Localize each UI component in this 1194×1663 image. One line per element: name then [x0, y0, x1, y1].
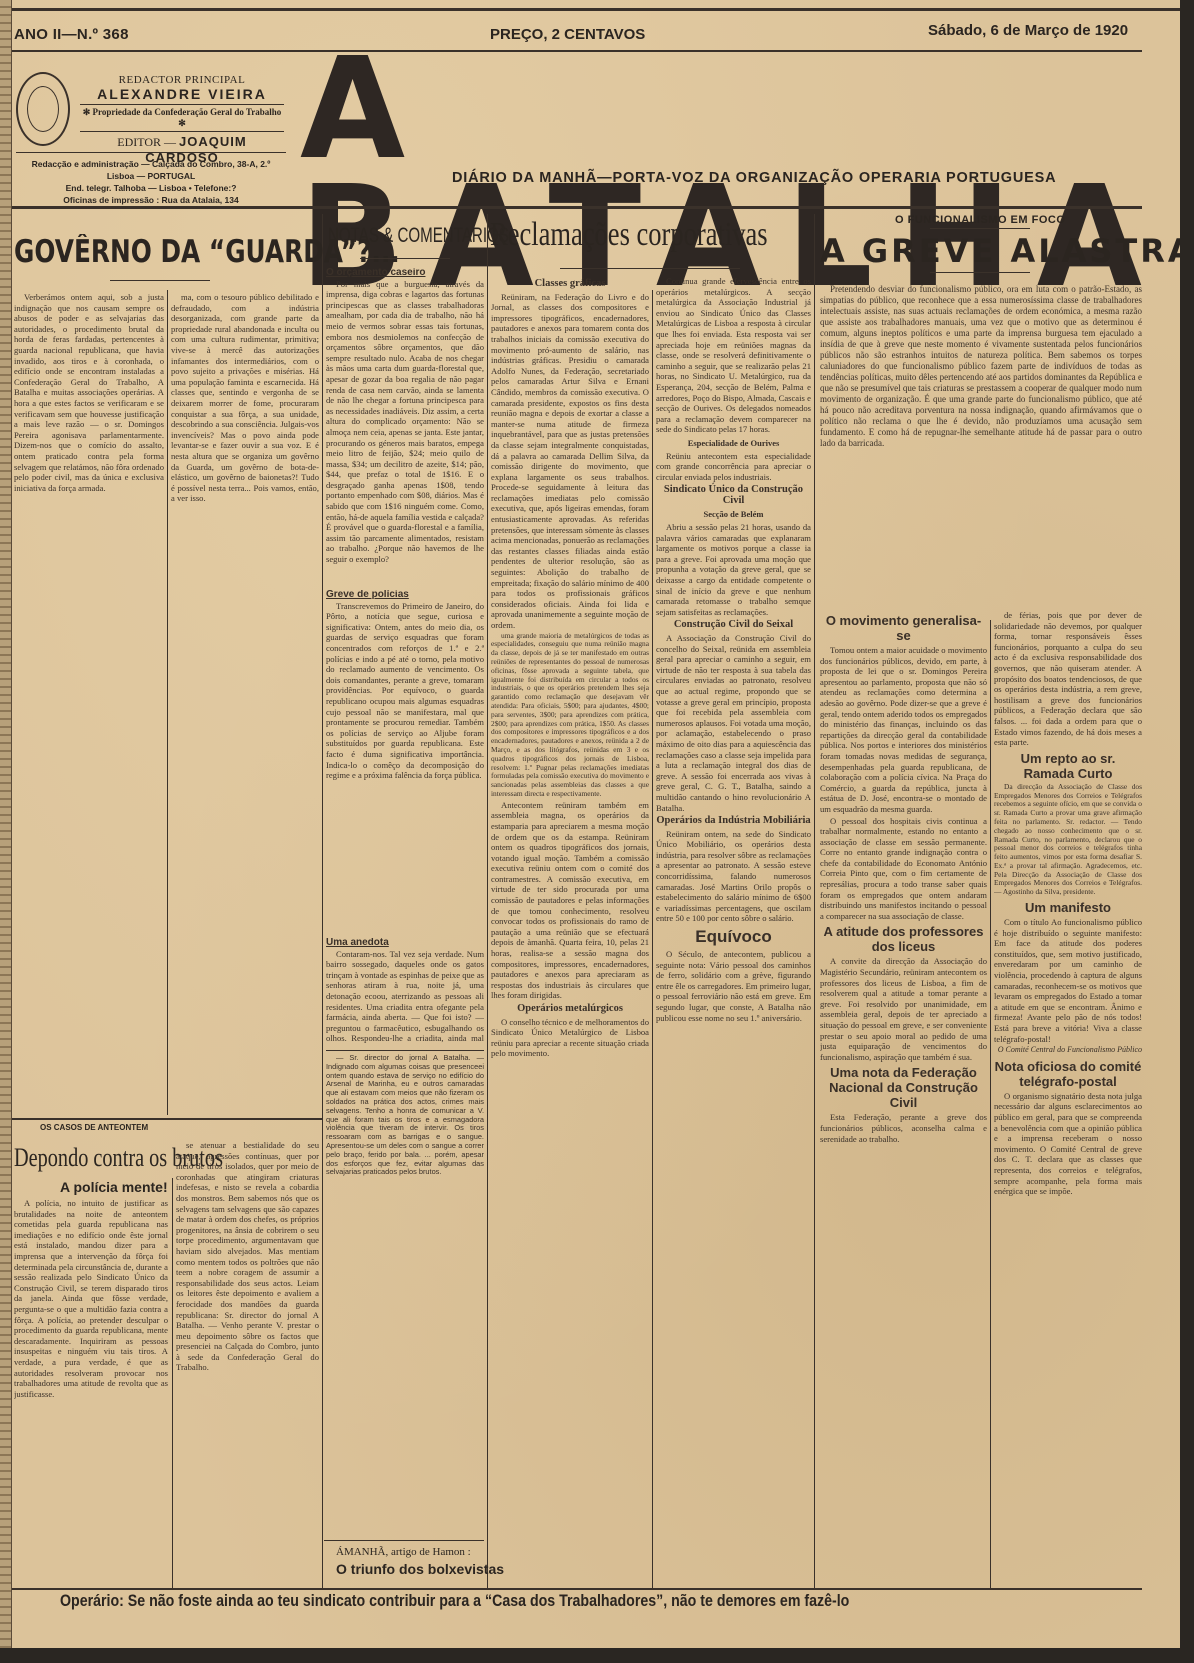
tagline: DIÁRIO DA MANHÃ—PORTA-VOZ DA ORGANIZAÇÃO…	[452, 170, 1056, 186]
reclamacoes-col-2: Continua grande efervescência entre os o…	[656, 276, 811, 1586]
rule	[930, 272, 1030, 273]
subhead-greve-policias: Greve de polícias	[326, 590, 484, 601]
reclamacoes-col-1: Classes gráficas Reüniram, na Federação …	[491, 276, 649, 1586]
brutos-kicker: OS CASOS DE ANTEONTEM	[40, 1123, 148, 1132]
address-line-3: End. telegr. Talhoba — Lisboa • Telefone…	[16, 182, 286, 194]
subhead-professores-liceus: A atitude dos professores dos liceus	[820, 924, 987, 954]
subhead-federacao-construcao: Uma nota da Federação Nacional da Constr…	[820, 1065, 987, 1110]
notas-greve-policias: Greve de polícias Transcrevemos do Prime…	[326, 590, 484, 935]
rule	[110, 280, 210, 281]
subhead-equivoco: Equívoco	[656, 927, 811, 947]
guarda-col-2: ma, com o tesouro público debilitado e d…	[171, 292, 319, 1112]
kicker-funcionalismo: O FUNCIONALISMO EM FOCO	[895, 214, 1065, 226]
greve-col-2: de férias, pois que por dever de solidar…	[994, 610, 1142, 1590]
teaser-label: ÁMANHÃ, artigo de Hamon :	[336, 1546, 471, 1558]
rule	[560, 268, 740, 269]
top-rule	[12, 8, 1180, 11]
redactor-role: REDACTOR PRINCIPAL	[80, 74, 284, 86]
cgt-seal-icon	[16, 72, 70, 146]
greve-col-1: O movimento generalisa-se Tomou ontem a …	[820, 610, 987, 1590]
issue-date: Sábado, 6 de Março de 1920	[928, 22, 1128, 39]
manifesto-signature: O Comité Central do Funcionalismo Públic…	[994, 1045, 1142, 1056]
redactor-name: ALEXANDRE VIEIRA	[80, 86, 284, 105]
subhead-policia-mente: A polícia mente!	[60, 1179, 168, 1195]
address-line-1: Redacção e administração — Calçada do Co…	[16, 158, 286, 170]
property-line: ✻ Propriedade da Confederação Geral do T…	[80, 105, 284, 132]
issue-number: ANO II—N.º 368	[14, 26, 129, 43]
subhead-seccao-belem: Secção de Belém	[656, 509, 811, 520]
footer-banner: Operário: Se não foste ainda ao teu sind…	[60, 1592, 849, 1611]
subhead-mobiliaria: Operários da Indústria Mobiliária	[656, 816, 811, 827]
column-rule	[652, 290, 653, 1590]
address-block: Redacção e administração — Calçada do Co…	[16, 158, 286, 206]
notas-orcamento: O orçamento caseiro Por mais que a burgu…	[326, 268, 484, 586]
staff-rule	[16, 152, 286, 153]
editor-label: EDITOR —	[117, 135, 176, 149]
newspaper-logo: A BATALHA	[300, 46, 1144, 174]
guarda-col-1: Verberámos ontem aqui, sob a justa indig…	[14, 292, 164, 1112]
rule	[360, 258, 450, 259]
subhead-movimento-generalisa: O movimento generalisa-se	[820, 613, 987, 643]
headline-reclamacoes: Reclamações corporativas	[490, 216, 768, 254]
subhead-seixal: Construção Civil do Seixal	[656, 620, 811, 631]
subhead-repto-ramada-curto: Um repto ao sr. Ramada Curto	[994, 751, 1142, 781]
masthead-bottom-rule	[12, 206, 1142, 209]
column-rule	[814, 214, 815, 1589]
greve-lead: Pretendendo desviar do funcionalismo púb…	[820, 284, 1142, 606]
column-rule	[487, 214, 488, 1589]
column-rule	[167, 290, 168, 1115]
brutos-col-2: se atenuar a bestialidade do seu ataque,…	[176, 1140, 319, 1590]
subhead-metalurgicos: Operários metalúrgicos	[491, 1004, 649, 1015]
subhead-orcamento: O orçamento caseiro	[326, 268, 484, 279]
headline-notas: NOTAS & COMENTARIOS	[328, 224, 509, 248]
subhead-construcao-civil: Sindicato Único da Construção Civil	[656, 485, 811, 506]
address-line-2: Lisboa — PORTUGAL	[16, 170, 286, 182]
address-line-4: Oficinas de impressão : Rua da Atalaia, …	[16, 194, 286, 206]
column-rule	[990, 620, 991, 1590]
rule	[326, 1050, 484, 1051]
rule	[930, 228, 1030, 229]
subhead-nota-oficiosa: Nota oficiosa do comité telégrafo-postal	[994, 1059, 1142, 1089]
subhead-ourives: Especialidade de Ourives	[656, 438, 811, 449]
subhead-classes-graficas: Classes gráficas	[491, 279, 649, 290]
column-rule	[322, 214, 323, 1589]
notas-depoimento: — Sr. director do jornal A Batalha. — In…	[326, 1054, 484, 1536]
teaser-title: O triunfo dos bolxevistas	[336, 1561, 504, 1577]
brutos-col-1: A polícia, no intuito de justificar as b…	[14, 1198, 168, 1590]
rule	[12, 1118, 322, 1120]
newspaper-page: ANO II—N.º 368 PREÇO, 2 CENTAVOS Sábado,…	[0, 0, 1180, 1648]
footer-rule	[12, 1588, 1142, 1590]
subhead-um-manifesto: Um manifesto	[994, 900, 1142, 915]
subhead-anedota: Uma anedota	[326, 938, 484, 949]
binding-edge	[0, 0, 12, 1648]
column-rule	[172, 1178, 173, 1588]
notas-anedota: Uma anedota Contaram-nos. Tal vez seja v…	[326, 938, 484, 1046]
headline-greve-alastra: A GREVE ALASTRA	[820, 232, 1180, 270]
price: PREÇO, 2 CENTAVOS	[490, 26, 645, 43]
